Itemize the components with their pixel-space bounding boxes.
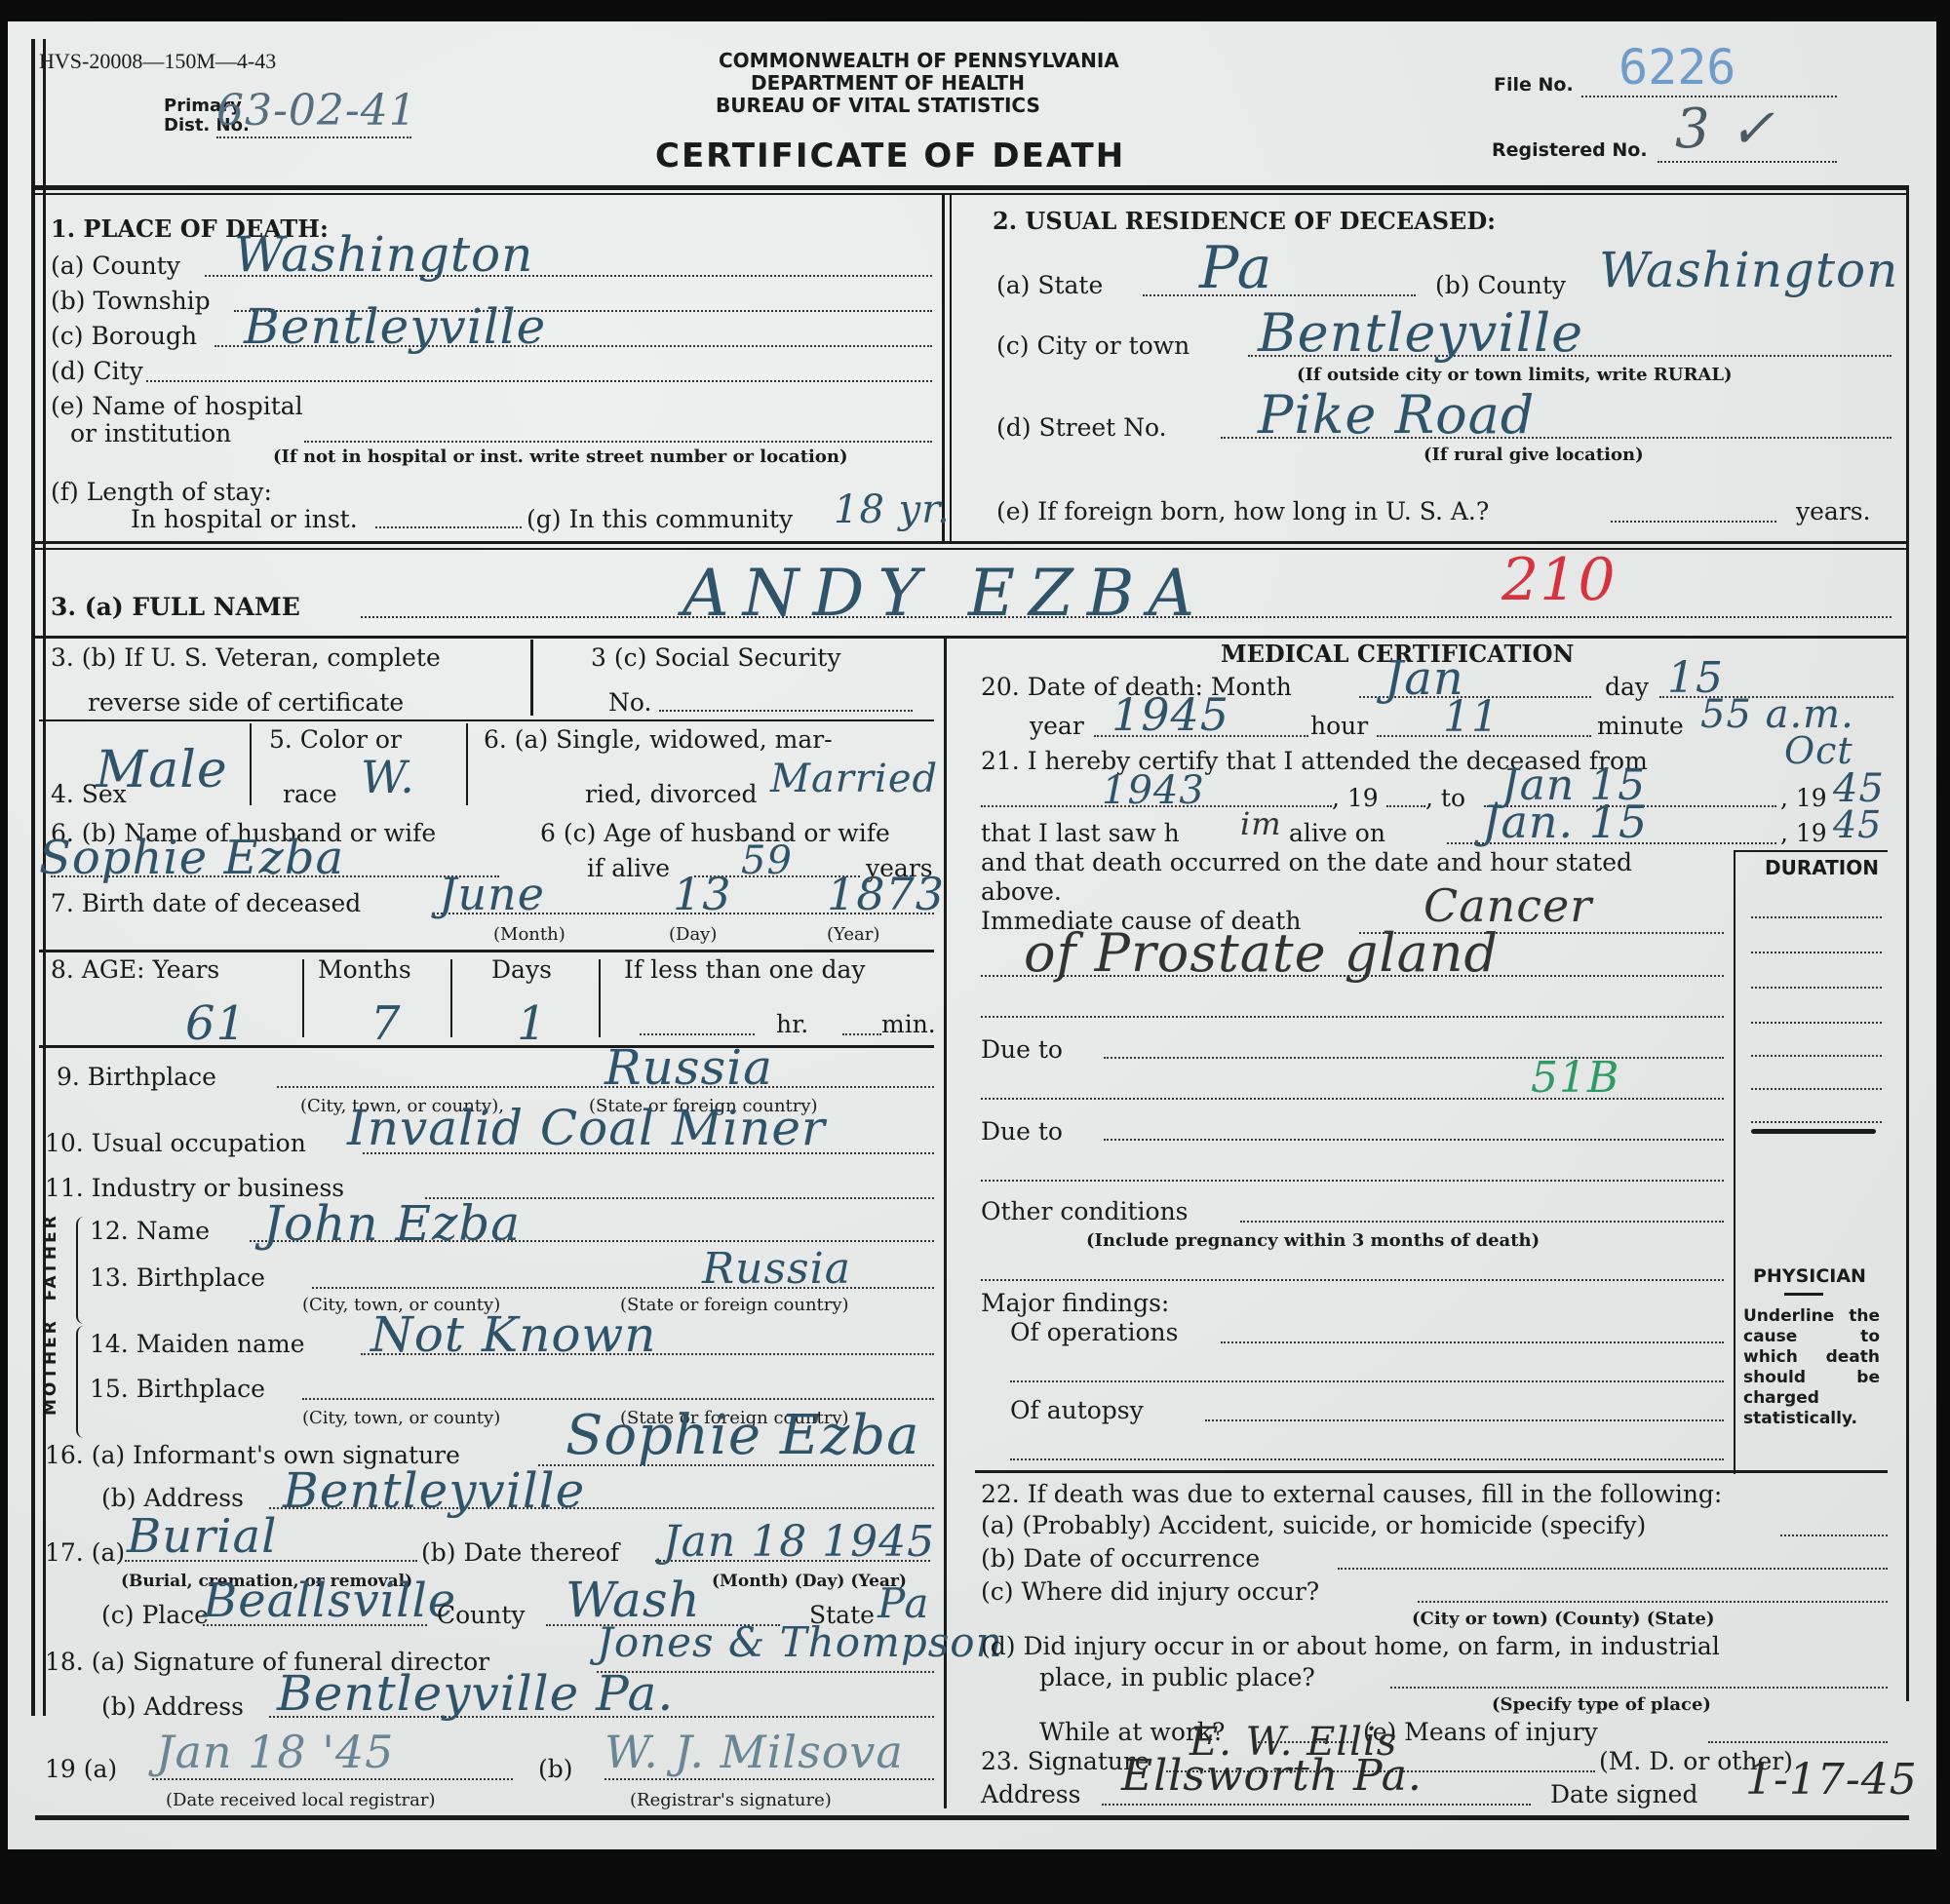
primary-dist-line [216,136,411,138]
father-name-value[interactable]: John Ezba [263,1195,521,1252]
left-border [31,39,35,1716]
death-minute-label: minute [1597,712,1684,740]
mother-birthplace-label: 15. Birthplace [90,1375,265,1403]
form-code: HVS-20008—150M—4-43 [39,49,276,74]
agency-line-1: COMMONWEALTH OF PENNSYLVANIA [719,49,1119,72]
stay-hospital-line [375,526,522,528]
due-to-2-line [1104,1139,1724,1141]
attended-to-label: , to [1425,784,1465,812]
duration-line-1 [1751,916,1882,918]
external-e-line [1708,1741,1888,1743]
other-note: (Include pregnancy within 3 months of de… [1086,1230,1540,1251]
res-foreign-suffix: years. [1796,497,1871,525]
res-state-value[interactable]: Pa [1199,234,1272,302]
duration-top-line [1735,850,1888,852]
father-brace [76,1217,90,1324]
hospital-line [304,441,932,443]
date-signed-value[interactable]: 1-17-45 [1745,1755,1918,1805]
external-b-line [1338,1568,1888,1570]
res-street-value[interactable]: Pike Road [1258,384,1535,446]
spouse-name-value[interactable]: Sophie Ezba [39,831,344,885]
burial-type-label: 17. (a) [45,1538,125,1567]
due-to-1-line [1104,1057,1724,1059]
occupation-label: 10. Usual occupation [45,1129,306,1157]
burial-date-value[interactable]: Jan 18 1945 [663,1517,935,1567]
agency-line-3: BUREAU OF VITAL STATISTICS [716,94,1040,117]
major-label: Major findings: [981,1289,1169,1317]
due-to-1-label: Due to [981,1035,1063,1064]
birth-year-caption: (Year) [827,924,879,945]
spouse-age-label-2: if alive [587,854,670,882]
other-line [1240,1221,1724,1223]
birth-day-caption: (Day) [669,924,717,945]
external-d-caption: (Specify type of place) [1492,1694,1711,1715]
color-label: 5. Color or [269,725,402,754]
last-saw-him[interactable]: im [1240,805,1282,842]
funeral-address-label: (b) Address [101,1692,244,1721]
cause-value-2[interactable]: of Prostate gland [1024,922,1499,984]
date-signed-label: Date signed [1550,1780,1697,1808]
primary-dist-value[interactable]: 63-02-41 [216,86,417,136]
marital-label: 6. (a) Single, widowed, mar- [484,725,833,754]
birth-date-label: 7. Birth date of deceased [51,889,361,917]
duration-divider [1734,850,1735,1474]
death-day-label: day [1605,673,1649,701]
registrar-date-value[interactable]: Jan 18 '45 [156,1726,394,1778]
father-birthplace-label: 13. Birthplace [90,1263,265,1292]
red-code: 210 [1501,546,1617,614]
father-name-label: 12. Name [90,1217,210,1245]
res-street-label: (d) Street No. [996,413,1167,442]
age-days-label: Days [491,955,552,984]
res-city-label: (c) City or town [996,331,1189,360]
res-state-label: (a) State [996,271,1103,299]
death-hour-value[interactable]: 11 [1443,692,1500,742]
birthplace-label: 9. Birthplace [57,1063,216,1091]
borough-value[interactable]: Bentleyville [244,298,546,355]
cause-line-3 [981,1016,1724,1018]
green-code: 51B [1531,1053,1619,1103]
burial-type-value[interactable]: Burial [127,1509,277,1564]
duration-end-line [1751,1129,1876,1134]
header-divider [35,185,1909,190]
res-county-label: (b) County [1435,271,1566,299]
external-b-label: (b) Date of occurrence [981,1544,1260,1573]
age-div-3 [599,959,601,1037]
operations-label: Of operations [1010,1318,1178,1346]
registrar-sig-value[interactable]: W. J. Milsova [604,1726,904,1778]
registrar-sig-label: (b) [538,1755,573,1783]
external-d-line [1390,1687,1888,1689]
color-marital-divider [466,723,468,805]
city-label: (d) City [51,357,143,385]
physician-heading: PHYSICIAN [1753,1265,1866,1287]
external-d-label-2: place, in public place? [1039,1663,1315,1691]
registrar-date-label: 19 (a) [45,1755,117,1783]
last-saw-year[interactable]: 45 [1833,803,1882,846]
age-div-1 [302,959,304,1037]
physician-note: Underline the cause to which death shoul… [1743,1306,1880,1429]
autopsy-line [1205,1419,1724,1421]
stay-community-label: (g) In this community [526,505,793,533]
age-years-value[interactable]: 61 [185,996,247,1051]
res-street-note: (If rural give location) [1423,445,1644,465]
medical-divider [975,1470,1888,1473]
res-foreign-line [1611,521,1776,523]
external-c-line [1418,1601,1888,1603]
external-c-caption: (City or town) (County) (State) [1412,1609,1715,1629]
other-line-2 [981,1279,1724,1281]
external-heading: 22. If death was due to external causes,… [981,1480,1722,1508]
age-months-label: Months [318,955,411,984]
operations-line [1221,1341,1724,1343]
external-d-label: (d) Did injury occur in or about home, o… [981,1632,1720,1660]
duration-line-6 [1751,1088,1882,1090]
right-border [1906,190,1909,1701]
file-no-label: File No. [1494,74,1574,96]
burial-county-label: County [437,1601,526,1629]
occurred-label: and that death occurred on the date and … [981,848,1632,876]
ssn-line [659,710,913,712]
file-no-stamp[interactable]: 6226 [1618,39,1735,96]
informant-signature-value[interactable]: Sophie Ezba [565,1404,919,1467]
header-divider-2 [35,193,1909,195]
age-divider [39,1045,934,1048]
mother-maiden-label: 14. Maiden name [90,1330,305,1358]
operations-line-2 [1010,1380,1724,1382]
father-birthplace-value[interactable]: Russia [702,1244,851,1294]
age-days-value[interactable]: 1 [517,996,548,1051]
burial-place-value[interactable]: Beallsville [203,1574,456,1628]
township-label: (b) Township [51,287,211,315]
full-name-label: 3. (a) FULL NAME [51,593,300,621]
bottom-border [35,1815,1909,1820]
duration-line-4 [1751,1022,1882,1024]
section-divider-1b [35,548,1909,550]
residence-heading: 2. USUAL RESIDENCE OF DECEASED: [993,207,1496,235]
mother-father-side-label: MOTHER FATHER [41,1213,60,1416]
physician-dash [1784,1293,1823,1296]
duration-line-2 [1751,952,1882,953]
registered-no-label: Registered No. [1492,139,1648,161]
hospital-note: (If not in hospital or inst. write stree… [273,447,847,467]
veteran-label: 3. (b) If U. S. Veteran, complete [51,643,441,672]
birth-day-value[interactable]: 13 [673,868,732,920]
informant-address-value[interactable]: Bentleyville [283,1462,585,1519]
age-months-value[interactable]: 7 [370,996,402,1051]
last-saw-label-2: alive on [1289,819,1385,847]
physician-address-label: Address [981,1780,1080,1808]
funeral-address-value[interactable]: Bentleyville Pa. [277,1665,674,1722]
age-min-label: min. [881,1010,936,1038]
attended-to-year-prefix: , 19 [1780,784,1827,812]
duration-line-7 [1751,1121,1882,1123]
spouse-age-value[interactable]: 59 [741,838,793,883]
age-div-2 [450,959,452,1037]
death-year-value[interactable]: 1945 [1111,688,1229,741]
other-label: Other conditions [981,1197,1189,1225]
occurred-label-2: above. [981,877,1062,906]
funeral-director-value[interactable]: Jones & Thompson [597,1618,1003,1666]
external-a-label: (a) (Probably) Accident, suicide, or hom… [981,1511,1646,1539]
res-foreign-label: (e) If foreign born, how long in U. S. A… [996,497,1489,525]
due-to-2-line-2 [981,1180,1724,1182]
autopsy-label: Of autopsy [1010,1396,1144,1424]
due-to-2-label: Due to [981,1117,1063,1146]
death-hour-label: hour [1310,712,1368,740]
birth-year-value[interactable]: 1873 [827,868,945,920]
registered-no-line [1657,161,1837,163]
veteran-divider [39,719,934,721]
marital-label-2: ried, divorced [585,780,758,808]
full-name-value[interactable]: ANDY EZBA [682,556,1208,631]
duration-line-5 [1751,1055,1882,1057]
res-state-line [1143,294,1416,296]
burial-place-label: (c) Place [101,1601,209,1629]
age-years-label: 8. AGE: Years [51,955,219,984]
section-divider-1 [35,541,1909,544]
external-a-line [1780,1535,1888,1536]
external-c-label: (c) Where did injury occur? [981,1577,1319,1606]
county-label: (a) County [51,252,180,280]
father-label: FATHER [41,1213,60,1301]
mother-maiden-value[interactable]: Not Known [370,1306,657,1363]
duration-heading: DURATION [1765,856,1879,879]
registrar-sig-line [604,1778,934,1780]
registered-no-value[interactable]: 3 ✓ [1675,97,1775,161]
mother-caption-city: (City, town, or county) [302,1408,500,1428]
res-county-value[interactable]: Washington [1599,242,1898,298]
death-year-label: year [1030,712,1084,740]
attended-19-line [1386,805,1425,807]
spouse-age-label: 6 (c) Age of husband or wife [540,819,890,847]
physician-address-line [1102,1804,1531,1806]
borough-label: (c) Borough [51,322,197,350]
full-name-divider [35,636,1909,639]
registrar-date-caption: (Date received local registrar) [166,1790,435,1810]
birth-month-value[interactable]: June [439,868,545,920]
autopsy-line-2 [1010,1458,1724,1460]
veteran-label-2: reverse side of certificate [88,688,404,717]
attended-19-label: , 19 [1332,784,1379,812]
sex-color-divider [250,723,252,805]
res-city-value[interactable]: Bentleyville [1258,302,1583,364]
mother-label: MOTHER [41,1318,60,1416]
marital-value[interactable]: Married [770,757,938,801]
physician-address-value[interactable]: Ellsworth Pa. [1121,1751,1423,1801]
veteran-ssn-divider [530,640,533,716]
birthplace-value[interactable]: Russia [604,1039,773,1096]
registrar-sig-caption: (Registrar's signature) [630,1790,832,1810]
ssn-label-2: No. [608,688,651,717]
sex-value[interactable]: Male [96,741,228,799]
hospital-label-2: or institution [70,419,231,447]
occupation-value[interactable]: Invalid Coal Miner [347,1100,826,1156]
stay-hospital-label: In hospital or inst. [131,505,358,533]
burial-date-label: (b) Date thereof [421,1538,619,1567]
certificate-title: CERTIFICATE OF DEATH [655,136,1125,175]
attended-from-year[interactable]: 1943 [1102,768,1205,813]
external-e-label: (e) Means of injury [1363,1718,1598,1746]
age-hr-line [640,1033,755,1035]
city-line [146,380,932,382]
birth-divider [39,950,934,952]
stay-community-value[interactable]: 18 yr. [834,487,951,532]
age-min-line [842,1033,881,1035]
birth-month-caption: (Month) [493,924,565,945]
age-less-label: If less than one day [624,955,866,984]
agency-line-2: DEPARTMENT OF HEALTH [751,71,1025,95]
last-saw-year-prefix: , 19 [1780,819,1827,847]
last-saw-label: that I last saw h [981,819,1180,847]
ssn-label: 3 (c) Social Security [591,643,840,672]
last-saw-date[interactable]: Jan. 15 [1482,796,1648,848]
registrar-date-line [152,1778,513,1780]
county-value[interactable]: Washington [234,226,533,283]
stay-label: (f) Length of stay: [51,478,272,506]
hospital-label: (e) Name of hospital [51,392,303,420]
color-label-2: race [283,780,337,808]
informant-address-label: (b) Address [101,1484,244,1512]
res-city-note: (If outside city or town limits, write R… [1297,365,1733,385]
mother-brace [76,1326,90,1438]
color-value[interactable]: W. [361,751,415,803]
age-hr-label: hr. [776,1010,808,1038]
mother-birthplace-line [302,1398,934,1400]
duration-line-3 [1751,987,1882,989]
